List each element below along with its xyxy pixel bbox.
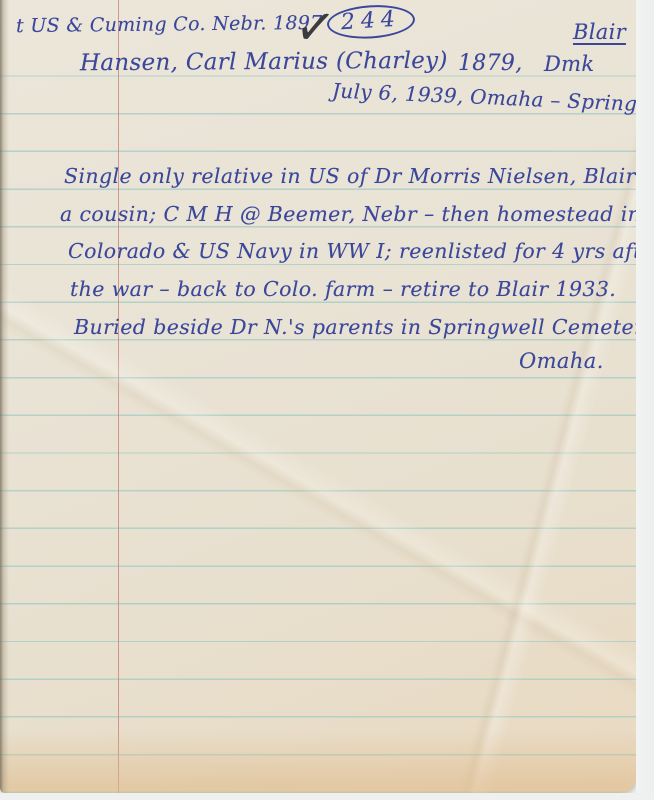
header-source-note: t US & Cuming Co. Nebr. 1897 244 (16, 5, 415, 42)
entry-name: Hansen, Carl Marius (Charley) (80, 48, 448, 77)
scanner-background-bottom (0, 793, 654, 800)
scanned-document: t US & Cuming Co. Nebr. 1897 244 ✓ Blair… (0, 0, 654, 800)
entry-birth-year: 1879, (458, 51, 522, 76)
entry-origin-abbreviation: Dmk (544, 52, 594, 76)
source-note-text: t US & Cuming Co. Nebr. 1897 (16, 11, 323, 36)
note-line-1: Single only relative in US of Dr Morris … (64, 164, 636, 188)
header-location-label: Blair (573, 20, 626, 44)
red-margin-line (118, 0, 119, 793)
notebook-page: t US & Cuming Co. Nebr. 1897 244 ✓ Blair… (0, 0, 636, 793)
note-line-2: a cousin; C M H @ Beemer, Nebr – then ho… (60, 202, 636, 226)
note-line-4: the war – back to Colo. farm – retire to… (70, 277, 616, 301)
note-line-6: Omaha. (519, 349, 604, 373)
note-line-3: Colorado & US Navy in WW I; reenlisted f… (68, 239, 636, 263)
scanner-background-right (636, 0, 654, 800)
note-line-5: Buried beside Dr N.'s parents in Springw… (74, 315, 636, 339)
circled-page-number: 244 (326, 3, 416, 41)
ruled-lines (0, 39, 636, 793)
